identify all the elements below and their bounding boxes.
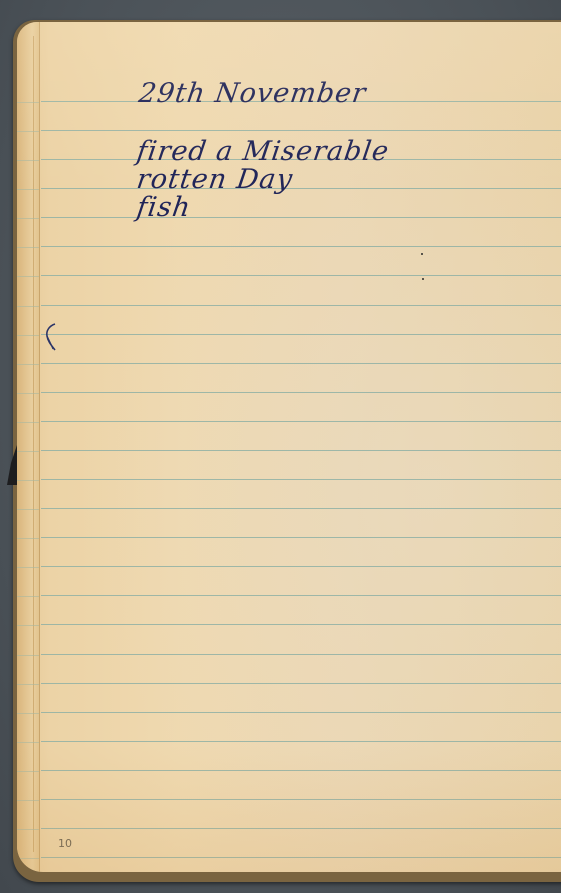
ruled-line-stub: [17, 596, 39, 597]
ruled-line: [41, 741, 561, 742]
ruled-line: [41, 654, 561, 655]
ruled-line-stub: [17, 480, 39, 481]
ruled-line: [41, 392, 561, 393]
ruled-line-stub: [17, 538, 39, 539]
ruled-line-stub: [17, 858, 39, 859]
ruled-line: [41, 217, 561, 218]
ruled-line: [41, 566, 561, 567]
ruled-line-stub: [17, 829, 39, 830]
page-number: 10: [58, 837, 72, 850]
entry-line-2: rotten Day: [135, 164, 295, 195]
ruled-line: [41, 130, 561, 131]
ruled-line-stub: [17, 335, 39, 336]
ruled-line-stub: [17, 742, 39, 743]
ruled-line-stub: [17, 771, 39, 772]
handwritten-entry: 29th November fired a Miserable rotten D…: [17, 22, 561, 872]
ruled-line: [41, 421, 561, 422]
ruled-line: [41, 334, 561, 335]
ruled-line-stub: [17, 655, 39, 656]
notebook-page: 29th November fired a Miserable rotten D…: [17, 22, 561, 872]
ruled-line-stub: [17, 189, 39, 190]
ruled-line-stub: [17, 131, 39, 132]
ruled-line: [41, 275, 561, 276]
entry-line-1: fired a Miserable: [135, 136, 391, 167]
page-stub-margin: [17, 22, 40, 872]
ruled-line-stub: [17, 364, 39, 365]
ruled-line-stub: [17, 102, 39, 103]
ink-speck: [421, 253, 423, 255]
ruled-line: [41, 305, 561, 306]
ruled-line: [41, 450, 561, 451]
ruled-line: [41, 246, 561, 247]
ruled-line: [41, 857, 561, 858]
ruled-line-stub: [17, 451, 39, 452]
ruled-line: [41, 508, 561, 509]
ruled-line: [41, 363, 561, 364]
ruled-line-stub: [17, 684, 39, 685]
ruled-line: [41, 537, 561, 538]
ruled-line: [41, 159, 561, 160]
ruled-line: [41, 595, 561, 596]
ruled-line-stub: [17, 625, 39, 626]
margin-ink-mark-icon: [43, 322, 57, 352]
entry-line-3: fish: [135, 192, 193, 223]
ruled-line-stub: [17, 800, 39, 801]
ruled-line-stub: [17, 306, 39, 307]
entry-date: 29th November: [137, 78, 368, 109]
ruled-line-stub: [17, 713, 39, 714]
ruled-line: [41, 712, 561, 713]
ruled-line: [41, 624, 561, 625]
ruled-line-stub: [17, 218, 39, 219]
ruled-line-stub: [17, 509, 39, 510]
ruled-line: [41, 683, 561, 684]
ink-speck: [422, 278, 424, 280]
ruled-line-stub: [17, 393, 39, 394]
ruled-line: [41, 101, 561, 102]
ruled-line: [41, 770, 561, 771]
ruled-line-stub: [17, 160, 39, 161]
ruled-line-stub: [17, 247, 39, 248]
ruled-line: [41, 828, 561, 829]
ruled-line-stub: [17, 567, 39, 568]
ruled-line: [41, 188, 561, 189]
ruled-line: [41, 799, 561, 800]
ruled-line: [41, 479, 561, 480]
ruled-line-stub: [17, 422, 39, 423]
ruled-line-stub: [17, 276, 39, 277]
